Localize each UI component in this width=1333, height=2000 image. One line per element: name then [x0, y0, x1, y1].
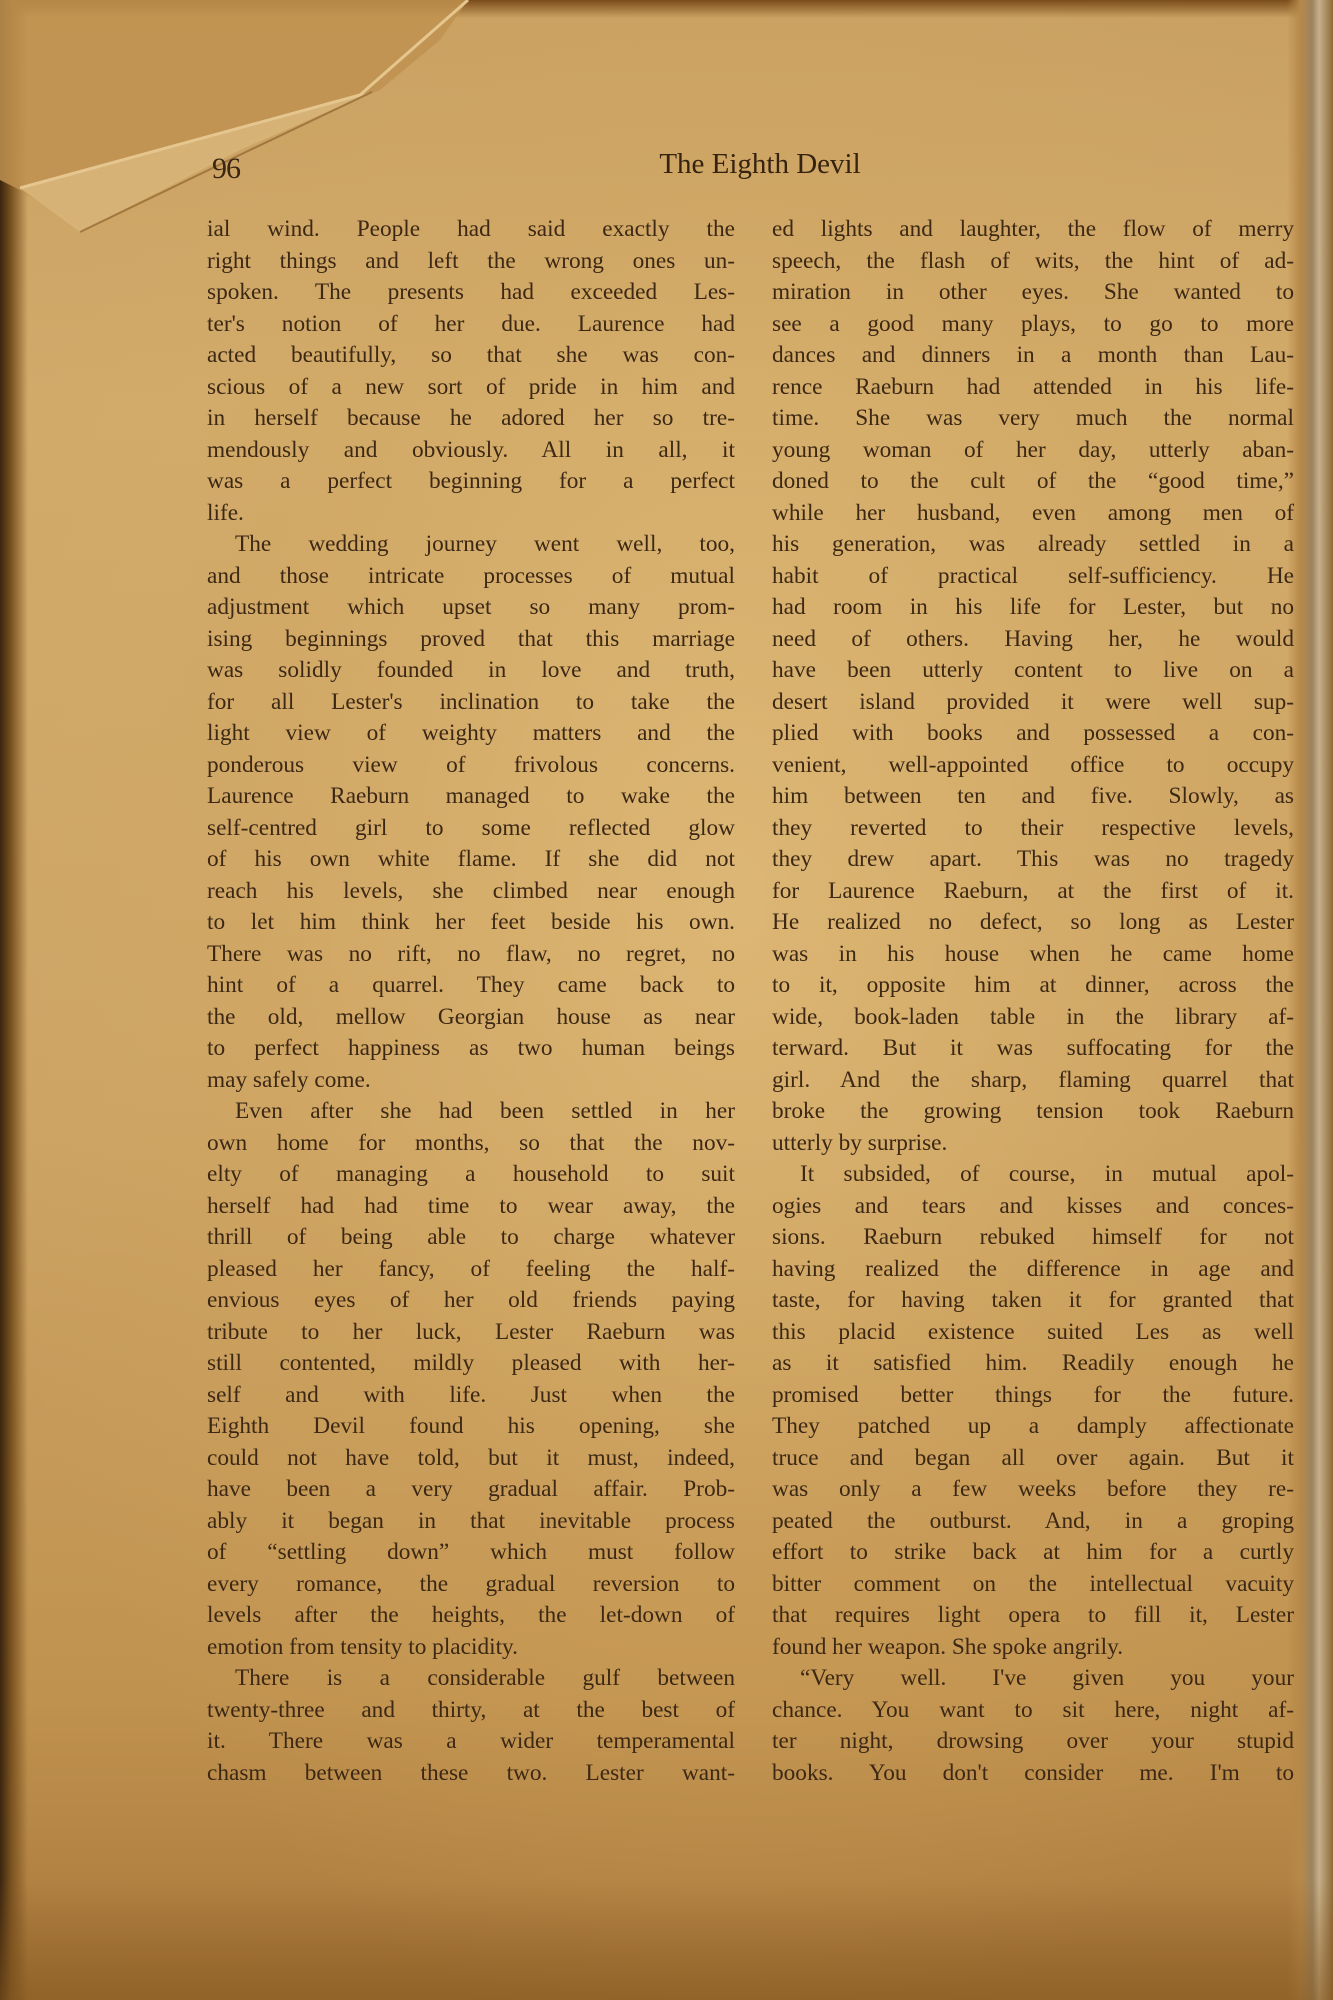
- paragraph: The wedding journey went well, too,and t…: [207, 529, 735, 1096]
- text-line: have been utterly content to live on a: [772, 655, 1294, 687]
- text-line: to it, opposite him at dinner, across th…: [772, 970, 1294, 1002]
- text-line: Eighth Devil found his opening, she: [207, 1411, 735, 1443]
- text-line: was a perfect beginning for a perfect: [207, 466, 735, 498]
- text-line: ogies and tears and kisses and conces-: [772, 1191, 1294, 1223]
- paragraph: ial wind. People had said exactly therig…: [207, 214, 735, 529]
- text-line: they reverted to their respective levels…: [772, 813, 1294, 845]
- text-line: to perfect happiness as two human beings: [207, 1033, 735, 1065]
- text-line: while her husband, even among men of: [772, 498, 1294, 530]
- text-line: They patched up a damply affectionate: [772, 1411, 1294, 1443]
- running-header: 96 The Eighth Devil: [200, 148, 1290, 192]
- text-line: mendously and obviously. All in all, it: [207, 435, 735, 467]
- text-line: ter night, drowsing over your stupid: [772, 1726, 1294, 1758]
- text-line: thrill of being able to charge whatever: [207, 1222, 735, 1254]
- text-line: may safely come.: [207, 1065, 735, 1097]
- text-line: spoken. The presents had exceeded Les-: [207, 277, 735, 309]
- text-line: found her weapon. She spoke angrily.: [772, 1632, 1294, 1664]
- text-line: He realized no defect, so long as Lester: [772, 907, 1294, 939]
- text-line: venient, well-appointed office to occupy: [772, 750, 1294, 782]
- text-line: life.: [207, 498, 735, 530]
- text-line: terward. But it was suffocating for the: [772, 1033, 1294, 1065]
- text-line: for all Lester's inclination to take the: [207, 687, 735, 719]
- text-line: have been a very gradual affair. Prob-: [207, 1474, 735, 1506]
- text-line: ed lights and laughter, the flow of merr…: [772, 214, 1294, 246]
- bottom-shadow: [0, 1880, 1333, 2000]
- text-line: see a good many plays, to go to more: [772, 309, 1294, 341]
- text-line: to let him think her feet beside his own…: [207, 907, 735, 939]
- text-line: of “settling down” which must follow: [207, 1537, 735, 1569]
- text-line: elty of managing a household to suit: [207, 1159, 735, 1191]
- text-line: self and with life. Just when the: [207, 1380, 735, 1412]
- text-line: taste, for having taken it for granted t…: [772, 1285, 1294, 1317]
- text-line: books. You don't consider me. I'm to: [772, 1758, 1294, 1790]
- paragraph: It subsided, of course, in mutual apol-o…: [772, 1159, 1294, 1663]
- text-line: speech, the flash of wits, the hint of a…: [772, 246, 1294, 278]
- text-line: effort to strike back at him for a curtl…: [772, 1537, 1294, 1569]
- text-line: It subsided, of course, in mutual apol-: [772, 1159, 1294, 1191]
- text-column-left: ial wind. People had said exactly therig…: [207, 214, 735, 1789]
- text-line: reach his levels, she climbed near enoug…: [207, 876, 735, 908]
- text-line: ial wind. People had said exactly the: [207, 214, 735, 246]
- text-line: There is a considerable gulf between: [207, 1663, 735, 1695]
- text-line: wide, book-laden table in the library af…: [772, 1002, 1294, 1034]
- text-line: own home for months, so that the nov-: [207, 1128, 735, 1160]
- running-title: The Eighth Devil: [200, 148, 1170, 181]
- text-line: this placid existence suited Les as well: [772, 1317, 1294, 1349]
- text-line: had room in his life for Lester, but no: [772, 592, 1294, 624]
- text-line: dances and dinners in a month than Lau-: [772, 340, 1294, 372]
- text-line: of his own white flame. If she did not: [207, 844, 735, 876]
- book-page: 96 The Eighth Devil ial wind. People had…: [0, 0, 1333, 2000]
- text-line: need of others. Having her, he would: [772, 624, 1294, 656]
- text-line: twenty-three and thirty, at the best of: [207, 1695, 735, 1727]
- text-line: every romance, the gradual reversion to: [207, 1569, 735, 1601]
- paragraph: Even after she had been settled in herow…: [207, 1096, 735, 1663]
- text-line: his generation, was already settled in a: [772, 529, 1294, 561]
- text-line: plied with books and possessed a con-: [772, 718, 1294, 750]
- text-line: chance. You want to sit here, night af-: [772, 1695, 1294, 1727]
- text-line: it. There was a wider temperamental: [207, 1726, 735, 1758]
- binding-edge: [0, 0, 28, 2000]
- text-line: time. She was very much the normal: [772, 403, 1294, 435]
- text-line: habit of practical self-sufficiency. He: [772, 561, 1294, 593]
- text-line: doned to the cult of the “good time,”: [772, 466, 1294, 498]
- text-line: promised better things for the future.: [772, 1380, 1294, 1412]
- text-line: light view of weighty matters and the: [207, 718, 735, 750]
- text-line: ter's notion of her due. Laurence had: [207, 309, 735, 341]
- text-line: as it satisfied him. Readily enough he: [772, 1348, 1294, 1380]
- text-line: Laurence Raeburn managed to wake the: [207, 781, 735, 813]
- text-line: tribute to her luck, Lester Raeburn was: [207, 1317, 735, 1349]
- text-line: for Laurence Raeburn, at the first of it…: [772, 876, 1294, 908]
- text-line: chasm between these two. Lester want-: [207, 1758, 735, 1790]
- text-line: was solidly founded in love and truth,: [207, 655, 735, 687]
- text-line: adjustment which upset so many prom-: [207, 592, 735, 624]
- text-line: scious of a new sort of pride in him and: [207, 372, 735, 404]
- text-line: levels after the heights, the let-down o…: [207, 1600, 735, 1632]
- text-line: emotion from tensity to placidity.: [207, 1632, 735, 1664]
- text-line: ising beginnings proved that this marria…: [207, 624, 735, 656]
- text-line: self-centred girl to some reflected glow: [207, 813, 735, 845]
- text-line: herself had had time to wear away, the: [207, 1191, 735, 1223]
- text-line: utterly by surprise.: [772, 1128, 1294, 1160]
- text-line: broke the growing tension took Raeburn: [772, 1096, 1294, 1128]
- paragraph: There is a considerable gulf betweentwen…: [207, 1663, 735, 1789]
- paragraph: “Very well. I've given you yourchance. Y…: [772, 1663, 1294, 1789]
- text-line: The wedding journey went well, too,: [207, 529, 735, 561]
- text-line: desert island provided it were well sup-: [772, 687, 1294, 719]
- text-line: they drew apart. This was no tragedy: [772, 844, 1294, 876]
- text-line: peated the outburst. And, in a groping: [772, 1506, 1294, 1538]
- text-line: right things and left the wrong ones un-: [207, 246, 735, 278]
- text-line: pleased her fancy, of feeling the half-: [207, 1254, 735, 1286]
- text-line: “Very well. I've given you your: [772, 1663, 1294, 1695]
- text-line: envious eyes of her old friends paying: [207, 1285, 735, 1317]
- folded-corner-icon: [0, 0, 480, 240]
- text-line: girl. And the sharp, flaming quarrel tha…: [772, 1065, 1294, 1097]
- text-line: the old, mellow Georgian house as near: [207, 1002, 735, 1034]
- text-line: bitter comment on the intellectual vacui…: [772, 1569, 1294, 1601]
- text-line: truce and began all over again. But it: [772, 1443, 1294, 1475]
- text-line: him between ten and five. Slowly, as: [772, 781, 1294, 813]
- text-line: and those intricate processes of mutual: [207, 561, 735, 593]
- text-line: ably it began in that inevitable process: [207, 1506, 735, 1538]
- text-line: hint of a quarrel. They came back to: [207, 970, 735, 1002]
- paragraph: ed lights and laughter, the flow of merr…: [772, 214, 1294, 1159]
- text-column-right: ed lights and laughter, the flow of merr…: [772, 214, 1294, 1789]
- text-line: miration in other eyes. She wanted to: [772, 277, 1294, 309]
- text-line: rence Raeburn had attended in his life-: [772, 372, 1294, 404]
- text-line: was in his house when he came home: [772, 939, 1294, 971]
- text-line: Even after she had been settled in her: [207, 1096, 735, 1128]
- text-line: still contented, mildly pleased with her…: [207, 1348, 735, 1380]
- text-line: having realized the difference in age an…: [772, 1254, 1294, 1286]
- text-line: ponderous view of frivolous concerns.: [207, 750, 735, 782]
- text-line: was only a few weeks before they re-: [772, 1474, 1294, 1506]
- text-line: acted beautifully, so that she was con-: [207, 340, 735, 372]
- text-line: that requires light opera to fill it, Le…: [772, 1600, 1294, 1632]
- text-line: sions. Raeburn rebuked himself for not: [772, 1222, 1294, 1254]
- text-line: There was no rift, no flaw, no regret, n…: [207, 939, 735, 971]
- text-line: could not have told, but it must, indeed…: [207, 1443, 735, 1475]
- text-line: young woman of her day, utterly aban-: [772, 435, 1294, 467]
- text-line: in herself because he adored her so tre-: [207, 403, 735, 435]
